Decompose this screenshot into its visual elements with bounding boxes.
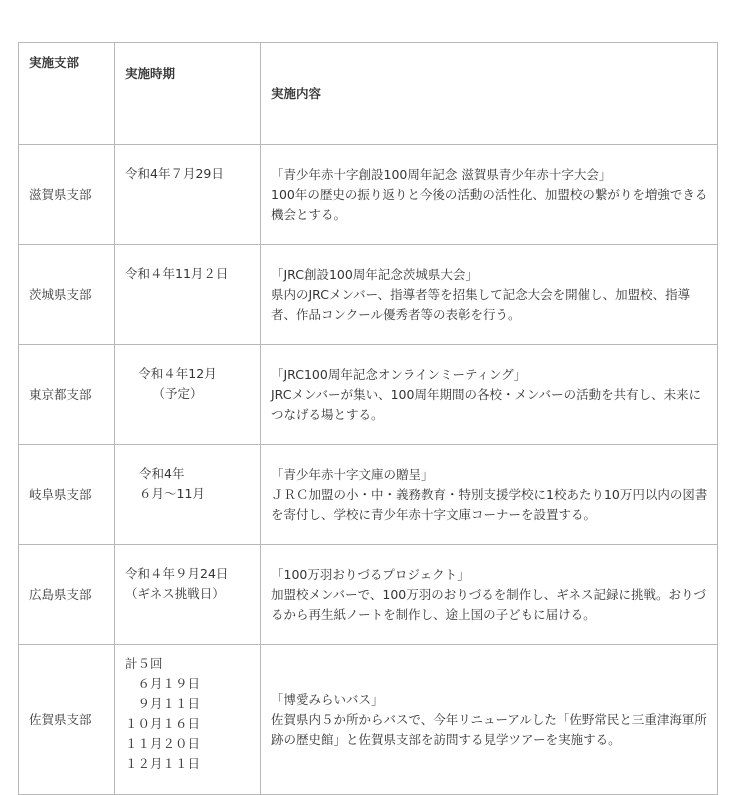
branch-cell: 東京都支部 [19,345,115,445]
date-cell: 令和４年９月24日 （ギネス挑戦日） [115,545,261,645]
date-line: 令和４年12月 [115,364,240,384]
header-content: 実施内容 [261,43,718,145]
date-line: ６月～11月 [139,484,260,504]
date-line: 計５回 [125,654,260,674]
content-body: 加盟校メンバーで、100万羽のおりづるを制作し、ギネス記録に挑戦。おりづるから再… [271,585,709,625]
content-cell: 「青少年赤十字創設100周年記念 滋賀県青少年赤十字大会」 100年の歴史の振り… [261,145,718,245]
date-cell: 計５回 ６月１９日 ９月１１日 １０月１６日 １１月２０日 １２月１１日 [115,645,261,711]
date-line: ９月１１日 [125,694,260,710]
date-cell: 令和４年11月２日 [115,245,261,345]
content-title: 「博愛みらいバス」 [271,690,709,710]
date-cell: 令和４年12月 （予定） [115,345,261,445]
table-row: 岐阜県支部 令和4年 ６月～11月 「青少年赤十字文庫の贈呈」 ＪＲＣ加盟の小・… [19,445,718,545]
header-date: 実施時期 [115,43,261,145]
content-cell: 「JRC100周年記念オンラインミーティング」 JRCメンバーが集い、100周年… [261,345,718,445]
content-title: 「青少年赤十字文庫の贈呈」 [271,465,709,485]
branch-cell: 茨城県支部 [19,245,115,345]
implementation-table: 実施支部 実施時期 実施内容 滋賀県支部 令和4年７月29日 「青少年赤十字創設… [18,42,718,710]
table-row: 東京都支部 令和４年12月 （予定） 「JRC100周年記念オンラインミーティン… [19,345,718,445]
date-line: ６月１９日 [125,674,260,694]
content-body: 100年の歴史の振り返りと今後の活動の活性化、加盟校の繋がりを増強できる機会とす… [271,185,709,225]
content-title: 「JRC100周年記念オンラインミーティング」 [271,365,709,385]
content-cell: 「JRC創設100周年記念茨城県大会」 県内のJRCメンバー、指導者等を招集して… [261,245,718,345]
date-line: （ギネス挑戦日） [125,584,260,604]
content-title: 「青少年赤十字創設100周年記念 滋賀県青少年赤十字大会」 [271,165,709,185]
date-line: 令和4年 [139,464,260,484]
content-cell: 「博愛みらいバス」 佐賀県内５か所からバスで、今年リニューアルした「佐野常民と三… [261,645,718,711]
date-line: 令和４年９月24日 [125,564,260,584]
date-line: （予定） [115,384,240,404]
date-cell: 令和4年７月29日 [115,145,261,245]
branch-cell: 佐賀県支部 [19,645,115,711]
content-body: ＪＲＣ加盟の小・中・義務教育・特別支援学校に1校あたり10万円以内の図書を寄付し… [271,485,709,525]
table-header-row: 実施支部 実施時期 実施内容 [19,43,718,145]
date-line: 令和４年11月２日 [125,264,260,284]
content-title: 「JRC創設100周年記念茨城県大会」 [271,265,709,285]
table-row: 茨城県支部 令和４年11月２日 「JRC創設100周年記念茨城県大会」 県内のJ… [19,245,718,345]
content-body: JRCメンバーが集い、100周年期間の各校・メンバーの活動を共有し、未来につなげ… [271,385,709,425]
content-cell: 「青少年赤十字文庫の贈呈」 ＪＲＣ加盟の小・中・義務教育・特別支援学校に1校あた… [261,445,718,545]
content-cell: 「100万羽おりづるプロジェクト」 加盟校メンバーで、100万羽のおりづるを制作… [261,545,718,645]
date-cell: 令和4年 ６月～11月 [115,445,261,545]
table-row: 広島県支部 令和４年９月24日 （ギネス挑戦日） 「100万羽おりづるプロジェク… [19,545,718,645]
content-title: 「100万羽おりづるプロジェクト」 [271,565,709,585]
branch-cell: 広島県支部 [19,545,115,645]
date-line: 令和4年７月29日 [125,164,260,184]
table-row: 滋賀県支部 令和4年７月29日 「青少年赤十字創設100周年記念 滋賀県青少年赤… [19,145,718,245]
table-row: 佐賀県支部 計５回 ６月１９日 ９月１１日 １０月１６日 １１月２０日 １２月１… [19,645,718,711]
branch-cell: 滋賀県支部 [19,145,115,245]
header-branch: 実施支部 [19,43,115,145]
branch-cell: 岐阜県支部 [19,445,115,545]
content-body: 県内のJRCメンバー、指導者等を招集して記念大会を開催し、加盟校、指導者、作品コ… [271,285,709,325]
